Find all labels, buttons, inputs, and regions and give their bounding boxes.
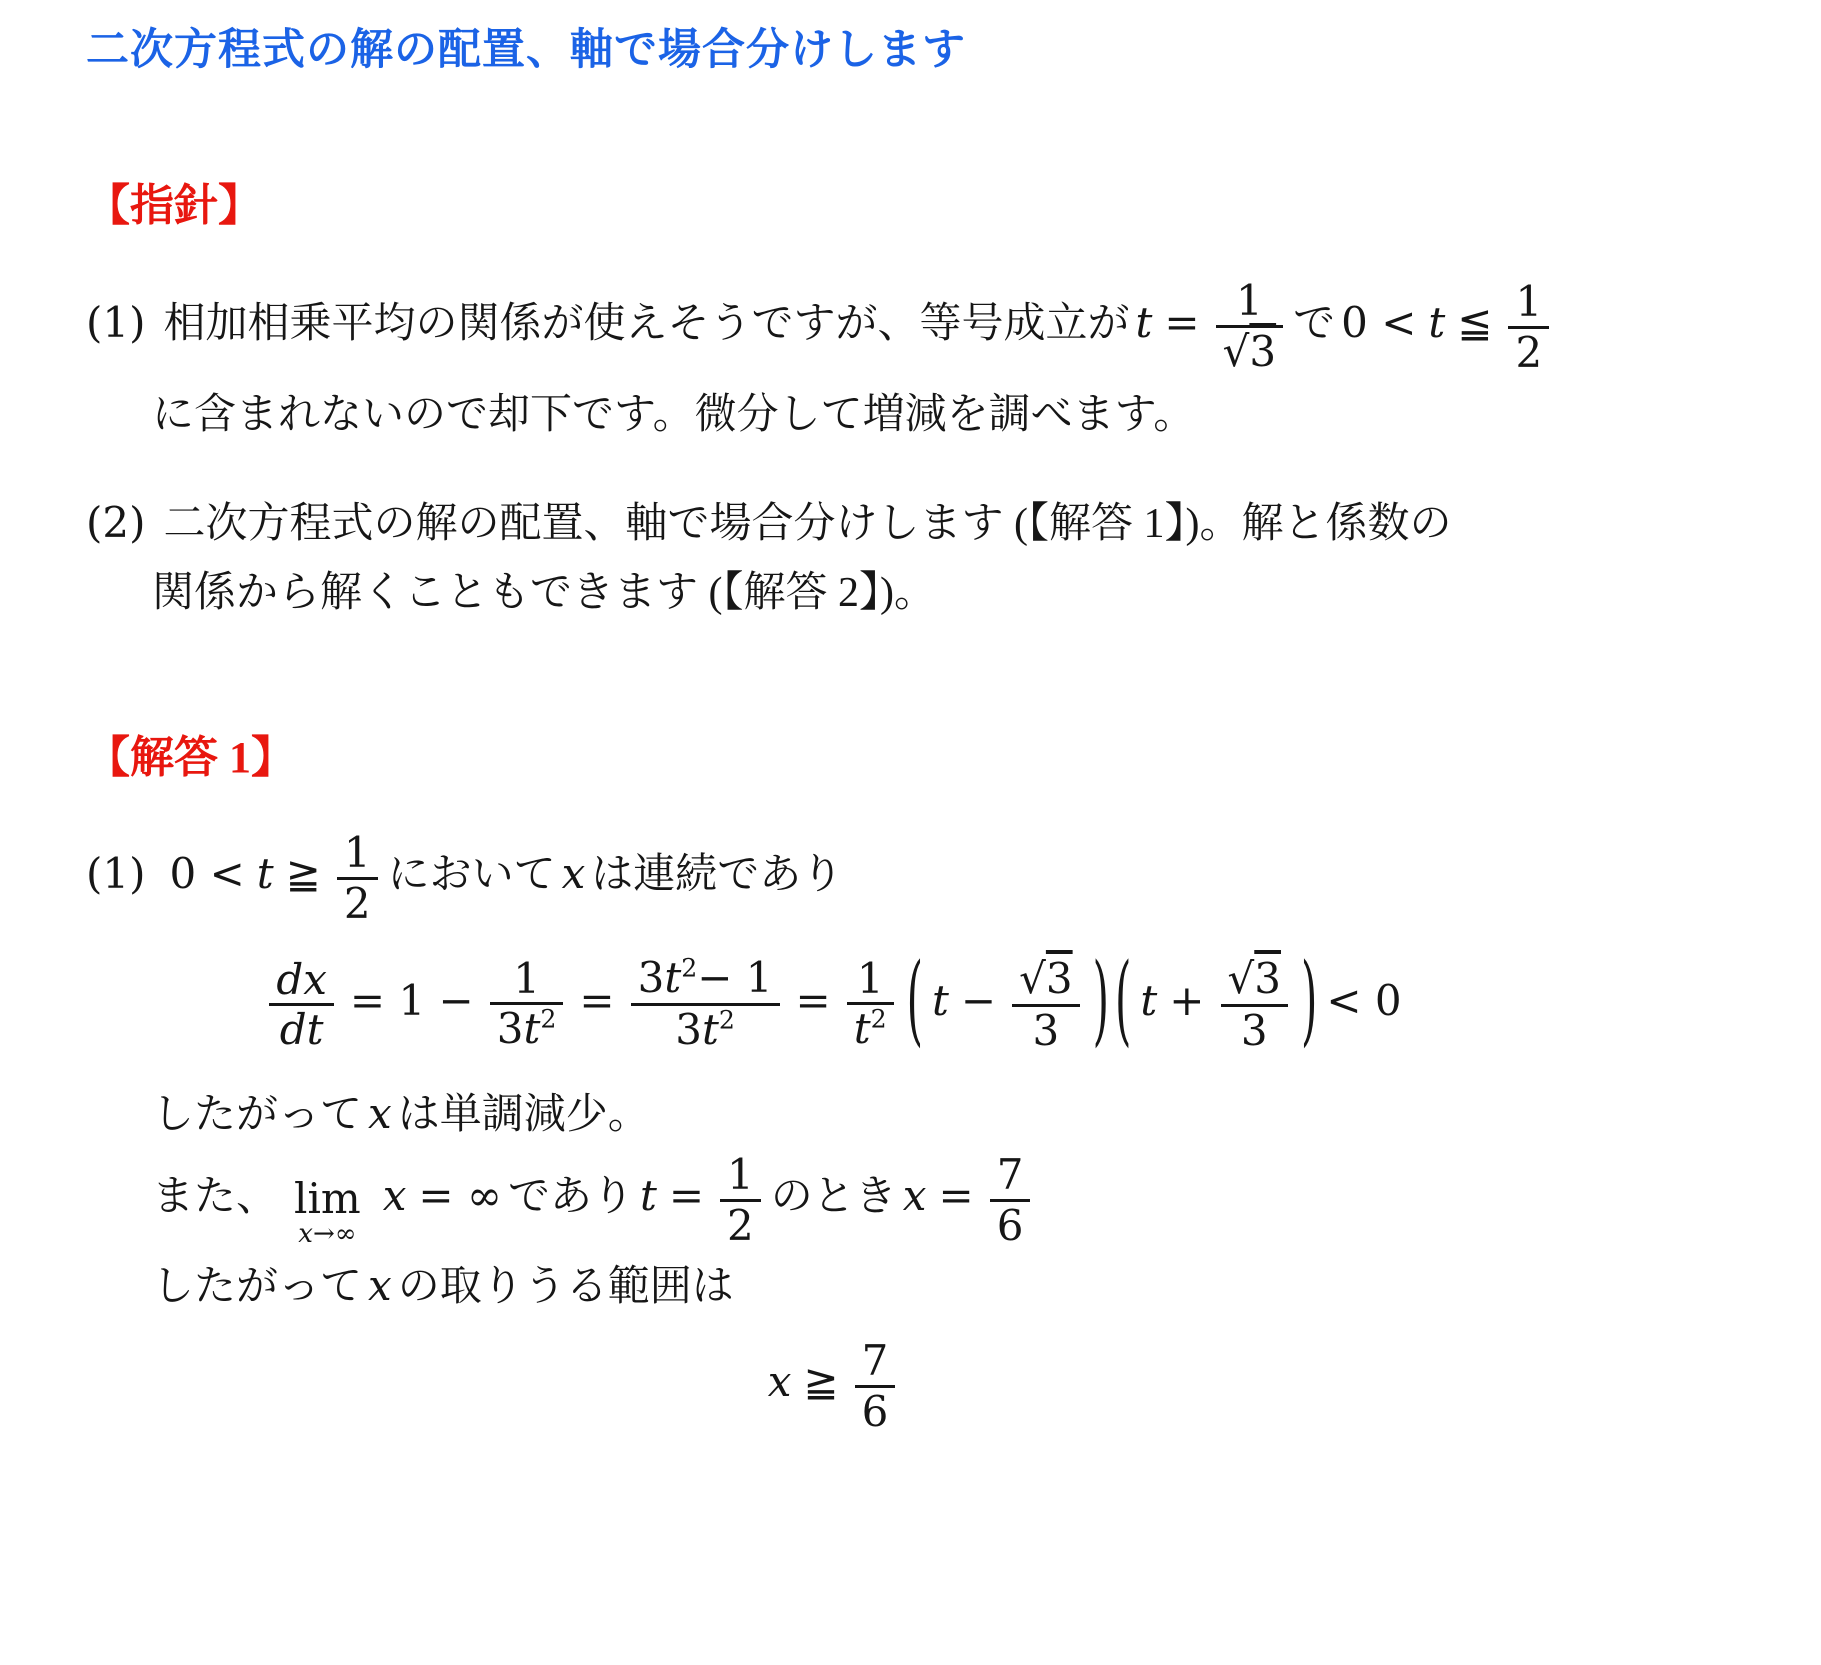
math-tail: < 0 [1326, 976, 1401, 1025]
math-var-t: t [1140, 976, 1157, 1025]
math-geq: ≧ [803, 1357, 838, 1406]
fraction-1-over-3t2: 13t2 [490, 955, 564, 1056]
math-var-x: x [562, 849, 586, 898]
guideline-item1-line2: に含まれないので却下です。微分して増減を調べます。 [86, 384, 1741, 447]
lim-subscript: x→∞ [288, 1221, 367, 1247]
radicand: 3 [1249, 327, 1276, 376]
paren-factor-minus: (t−√33) [904, 979, 1112, 1025]
limit-line: また、limx→∞x= ∞でありt=12のときx=76 [86, 1151, 1741, 1250]
guideline-item2-line1: (2)二次方程式の解の配置、軸で場合分けします (【解答 1】)。解と係数の [86, 491, 1741, 556]
text-segment: において [388, 852, 556, 898]
fraction-1-over-2: 12 [720, 1151, 761, 1250]
final-equation: x≧76 [86, 1337, 1581, 1436]
radicand: 3 [1254, 954, 1281, 1003]
guideline-item2-line2: 関係から解くこともできます (【解答 2】)。 [86, 562, 1741, 625]
math-step: = [579, 976, 614, 1025]
item-marker: (1) [86, 849, 146, 898]
radical-icon: √ [1228, 954, 1255, 1003]
math-equals: = [1164, 298, 1199, 347]
math-var-t: t [1136, 298, 1153, 347]
left-paren: ( [1115, 924, 1131, 1072]
math-var-t: t [1428, 298, 1445, 347]
item-marker: (2) [86, 498, 146, 547]
solution1-heading: 【解答 1】 [86, 721, 1741, 785]
text-segment: は連続であり [591, 852, 843, 898]
right-paren: ) [1093, 924, 1109, 1072]
page-title: 二次方程式の解の配置、軸で場合分けします [86, 16, 1741, 77]
infinity-symbol: ∞ [335, 1219, 357, 1249]
math-var-x: x [383, 1171, 407, 1220]
solution1-item1-line: (1)0 <t≧12においてxは連続であり [86, 829, 1741, 928]
text-segment: また、 [152, 1174, 278, 1220]
math-var-x: x [903, 1171, 927, 1220]
text-segment: 二次方程式の解の配置、軸で場合分けします (【解答 1】)。解と係数の [164, 501, 1452, 547]
text-segment: であり [508, 1174, 634, 1220]
math-geq: ≧ [286, 849, 321, 898]
arrow-right-icon: → [313, 1219, 335, 1249]
math-leq: ≦ [1457, 298, 1492, 347]
lim-word: lim [294, 1177, 361, 1221]
range-line: したがってxの取りうる範囲は [86, 1254, 1741, 1319]
math-step: = 1 − [350, 976, 474, 1025]
text-segment: 相加相乗平均の関係が使えそうですが、等号成立が [164, 301, 1130, 347]
fraction-sqrt3-over-3: √33 [1012, 955, 1080, 1056]
text-segment: のとき [771, 1174, 897, 1220]
math-equals: = [938, 1171, 973, 1220]
guideline-item1-line1: (1)相加相乗平均の関係が使えそうですが、等号成立がt=1√3で0 <t≦12 [86, 277, 1741, 378]
math-segment: 0 < [1341, 298, 1416, 347]
fraction-7-over-6: 76 [990, 1151, 1031, 1250]
fraction-dx-over-dt: dxdt [269, 956, 334, 1055]
text-segment: したがって [152, 1092, 362, 1138]
display-equation-derivative: dxdt= 1 −13t2=3t2− 13t2=1t2(t−√33)(t+√33… [86, 954, 1581, 1057]
math-var-x: x [368, 1089, 392, 1138]
radicand: 3 [1046, 954, 1073, 1003]
monotone-line: したがってxは単調減少。 [86, 1082, 1741, 1147]
math-minus: − [961, 976, 996, 1025]
math-plus: + [1169, 976, 1204, 1025]
fraction-1-over-2: 12 [1508, 278, 1549, 377]
math-var-t: t [932, 976, 949, 1025]
left-paren: ( [907, 924, 923, 1072]
math-segment: 0 < [170, 849, 245, 898]
right-paren: ) [1301, 924, 1317, 1072]
text-segment: は単調減少。 [398, 1092, 650, 1138]
math-var-x: x [768, 1357, 792, 1406]
math-step: = [796, 976, 831, 1025]
fraction-7-over-6: 76 [855, 1337, 896, 1436]
fraction-1-over-sqrt3: 1√3 [1216, 277, 1284, 378]
fraction-3t2minus1-over-3t2: 3t2− 13t2 [631, 954, 780, 1057]
text-segment: の取りうる範囲は [398, 1264, 734, 1310]
fraction-sqrt3-over-3: √33 [1221, 955, 1289, 1056]
math-var-t: t [257, 849, 274, 898]
math-var-x: x [368, 1261, 392, 1310]
radical-icon: √ [1019, 954, 1046, 1003]
math-equals: = [669, 1171, 704, 1220]
fraction-1-over-t2: 1t2 [847, 955, 894, 1056]
text-segment: で [1293, 301, 1335, 347]
math-article-page: 二次方程式の解の配置、軸で場合分けします 【指針】 (1)相加相乗平均の関係が使… [0, 0, 1821, 1436]
guideline-heading: 【指針】 [86, 169, 1741, 233]
math-var-t: t [640, 1171, 657, 1220]
paren-factor-plus: (t+√33) [1112, 979, 1320, 1025]
math-segment: = ∞ [418, 1171, 502, 1220]
text-segment: したがって [152, 1264, 362, 1310]
radical-icon: √ [1223, 327, 1250, 376]
item-marker: (1) [86, 298, 146, 347]
fraction-1-over-2: 12 [337, 829, 378, 928]
limit-operator: limx→∞ [288, 1177, 367, 1247]
